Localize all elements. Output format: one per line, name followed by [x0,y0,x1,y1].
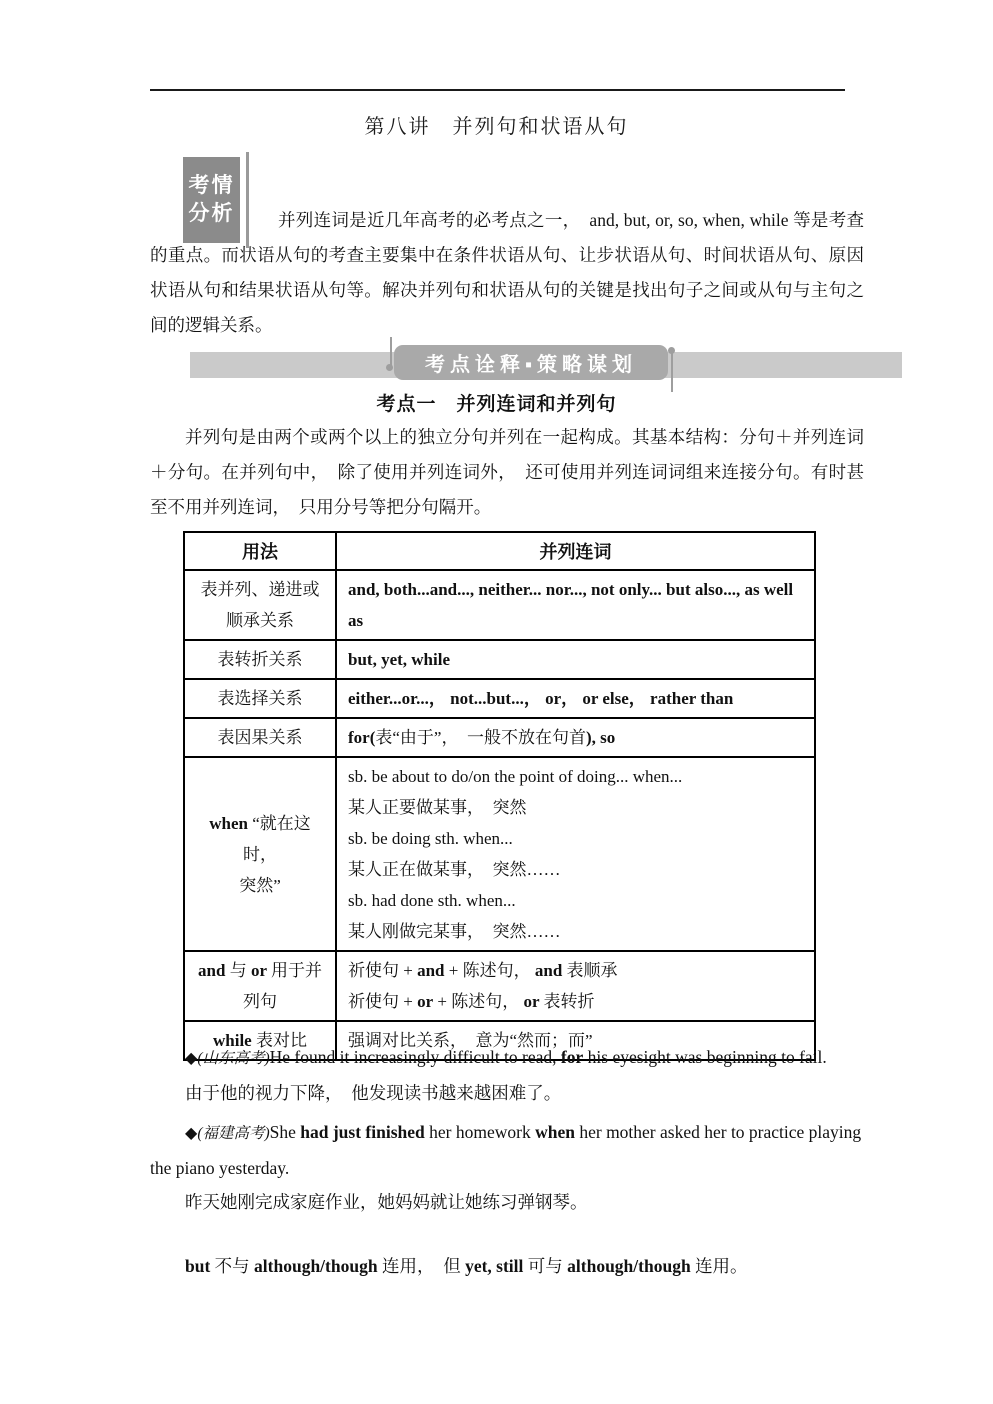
table-header-cell: 用法 [184,532,336,570]
text-segment: 昨天她刚完成家庭作业，她妈妈就让她练习弹钢琴。 [185,1192,588,1212]
text-segment: 表因果关系 [218,728,303,747]
banner-label: 考点诠释▪策略谋划 [425,348,637,377]
conjunction-cell: 祈使句 + and + 陈述句， and 表顺承祈使句 + or + 陈述句， … [336,951,815,1021]
conjunction-cell: and, both...and..., neither... nor..., n… [336,570,815,640]
text-segment: ◆ [185,1048,197,1067]
text-segment: or [417,992,433,1011]
text-segment: (福建高考) [197,1125,269,1142]
table-header-row: 用法并列连词 [184,532,815,570]
text-line: 列句 [193,986,327,1017]
table-body: 表并列、递进或顺承关系and, both...and..., neither..… [184,570,815,1060]
conjunction-cell: sb. be about to do/on the point of doing… [336,757,815,951]
usage-cell: and 与 or 用于并列句 [184,951,336,1021]
text-line: for(表“由于”， 一般不放在句首), so [348,722,806,753]
text-segment: and [198,961,230,980]
text-segment: and [535,961,567,980]
table-head: 用法并列连词 [184,532,815,570]
text-segment: sb. be doing sth. when... [348,829,513,848]
text-segment: although/though [567,1256,695,1276]
text-segment: his eyesight was beginning to fail. [583,1047,827,1067]
banner: 考点诠释▪策略谋划 [394,345,668,380]
section-intro-paragraph: 并列句是由两个或两个以上的独立分句并列在一起构成。其基本结构：分句＋并列连词＋分… [150,420,864,525]
text-segment: 由于他的视力下降， 他发现读书越来越困难了。 [185,1083,561,1103]
text-segment: but, yet, while [348,650,450,669]
text-segment: and, both...and..., neither... nor..., n… [348,580,793,630]
exam-analysis-paragraph: 并列连词是近几年高考的必考点之一， and, but, or, so, when… [150,203,864,343]
text-segment: 表并列、递进或 [201,580,320,599]
text-segment: and [417,961,444,980]
conjunction-cell: but, yet, while [336,640,815,679]
text-line: 某人正在做某事， 突然…… [348,854,806,885]
text-segment: 表选择关系 [218,689,303,708]
text-line: 祈使句 + or + 陈述句， or 表转折 [348,986,806,1017]
text-segment: or [251,961,271,980]
text-segment: ◆ [185,1123,197,1142]
text-segment: her homework [425,1122,535,1142]
text-line: 昨天她刚完成家庭作业，她妈妈就让她练习弹钢琴。 [150,1185,866,1219]
table-row: when “就在这时，突然”sb. be about to do/on the … [184,757,815,951]
text-line: 突然” [193,870,327,901]
text-line: 顺承关系 [193,605,327,636]
text-segment: but [185,1256,215,1276]
usage-cell: 表选择关系 [184,679,336,718]
text-line: 表选择关系 [193,683,327,714]
text-segment: 表顺承 [567,961,618,980]
banner-left-line [390,337,392,367]
text-segment: yet, still [465,1256,528,1276]
usage-cell: when “就在这时，突然” [184,757,336,951]
conjunction-cell: either...or...， not...but...， or， or els… [336,679,815,718]
text-segment: 祈使句 + [348,961,417,980]
text-line: but, yet, while [348,644,806,675]
text-segment: (山东高考) [197,1050,269,1067]
text-segment: 某人正在做某事， 突然…… [348,860,561,879]
text-line: 表因果关系 [193,722,327,753]
text-segment: 可与 [528,1256,567,1276]
top-rule [150,89,845,91]
text-segment: ), so [586,728,615,747]
table-row: 表并列、递进或顺承关系and, both...and..., neither..… [184,570,815,640]
example-translation: 由于他的视力下降， 他发现读书越来越困难了。 [150,1076,866,1110]
badge-line-1: 考情 [189,172,235,200]
section-heading: 考点一 并列连词和并列句 [0,392,993,418]
text-segment: sb. had done sth. when... [348,891,516,910]
page: 第八讲 并列句和状语从句 考情 分析 并列连词是近几年高考的必考点之一， and… [0,0,993,1404]
usage-cell: 表并列、递进或顺承关系 [184,570,336,640]
conjunction-table: 用法并列连词 表并列、递进或顺承关系and, both...and..., ne… [183,531,816,1061]
text-segment: 不与 [215,1256,254,1276]
text-segment: She [270,1122,301,1142]
table-header-cell: 并列连词 [336,532,815,570]
text-line: ◆(福建高考)She had just finished her homewor… [150,1115,866,1185]
text-segment: had just finished [300,1122,425,1142]
text-segment: when [209,814,252,833]
text-line: sb. had done sth. when... [348,885,806,916]
text-line: 表并列、递进或 [193,574,327,605]
usage-cell: 表转折关系 [184,640,336,679]
table-row: 表转折关系but, yet, while [184,640,815,679]
text-line: 表转折关系 [193,644,327,675]
table-row: 表因果关系for(表“由于”， 一般不放在句首), so [184,718,815,757]
text-segment: 表转折 [543,992,594,1011]
text-line: 祈使句 + and + 陈述句， and 表顺承 [348,955,806,986]
usage-note: but 不与 although/though 连用， 但 yet, still … [150,1249,866,1283]
text-segment: for [561,1047,583,1067]
examples-section: ◆(山东高考)He found it increasingly difficul… [150,1040,866,1219]
text-segment: or [523,992,543,1011]
text-segment: 用于并 [271,961,322,980]
usage-cell: 表因果关系 [184,718,336,757]
text-line: and, both...and..., neither... nor..., n… [348,574,806,636]
text-segment: 某人刚做完某事， 突然…… [348,922,561,941]
text-segment: either...or...， not...but...， or， or els… [348,689,733,708]
text-segment: when [535,1122,575,1142]
text-line: ◆(山东高考)He found it increasingly difficul… [150,1040,866,1076]
text-segment: He found it increasingly difficult to re… [270,1047,561,1067]
text-line: when “就在这时， [193,808,327,870]
text-line: but 不与 although/though 连用， 但 yet, still … [150,1249,866,1283]
text-line: 某人刚做完某事， 突然…… [348,916,806,947]
example-sentence: ◆(福建高考)She had just finished her homewor… [150,1115,866,1185]
conjunction-cell: for(表“由于”， 一般不放在句首), so [336,718,815,757]
text-segment: “就在这时， [243,814,311,864]
text-segment: + 陈述句， [445,961,535,980]
text-line: sb. be doing sth. when... [348,823,806,854]
text-line: either...or...， not...but...， or， or els… [348,683,806,714]
text-segment: 与 [230,961,251,980]
example-sentence: ◆(山东高考)He found it increasingly difficul… [150,1040,866,1076]
text-segment: for( [348,728,375,747]
table-row: 表选择关系either...or...， not...but...， or， o… [184,679,815,718]
text-line: and 与 or 用于并 [193,955,327,986]
text-segment: 表“由于”， 一般不放在句首 [375,728,586,747]
text-segment: although/though [254,1256,382,1276]
text-segment: 列句 [243,992,277,1011]
text-segment: 连用， 但 [382,1256,465,1276]
text-segment: 连用。 [695,1256,748,1276]
text-line: 某人正要做某事， 突然 [348,792,806,823]
text-segment: sb. be about to do/on the point of doing… [348,767,682,786]
text-line: 由于他的视力下降， 他发现读书越来越困难了。 [150,1076,866,1110]
text-segment: 突然” [239,876,281,895]
banner-left-dot [386,364,393,371]
text-segment: 某人正要做某事， 突然 [348,798,527,817]
text-segment: 顺承关系 [226,611,294,630]
page-title: 第八讲 并列句和状语从句 [0,113,993,141]
text-segment: 祈使句 + [348,992,417,1011]
banner-right-line [671,353,673,392]
table-row: and 与 or 用于并列句祈使句 + and + 陈述句， and 表顺承祈使… [184,951,815,1021]
text-segment: + 陈述句， [433,992,523,1011]
text-line: sb. be about to do/on the point of doing… [348,761,806,792]
text-segment: 表转折关系 [218,650,303,669]
example-translation: 昨天她刚完成家庭作业，她妈妈就让她练习弹钢琴。 [150,1185,866,1219]
